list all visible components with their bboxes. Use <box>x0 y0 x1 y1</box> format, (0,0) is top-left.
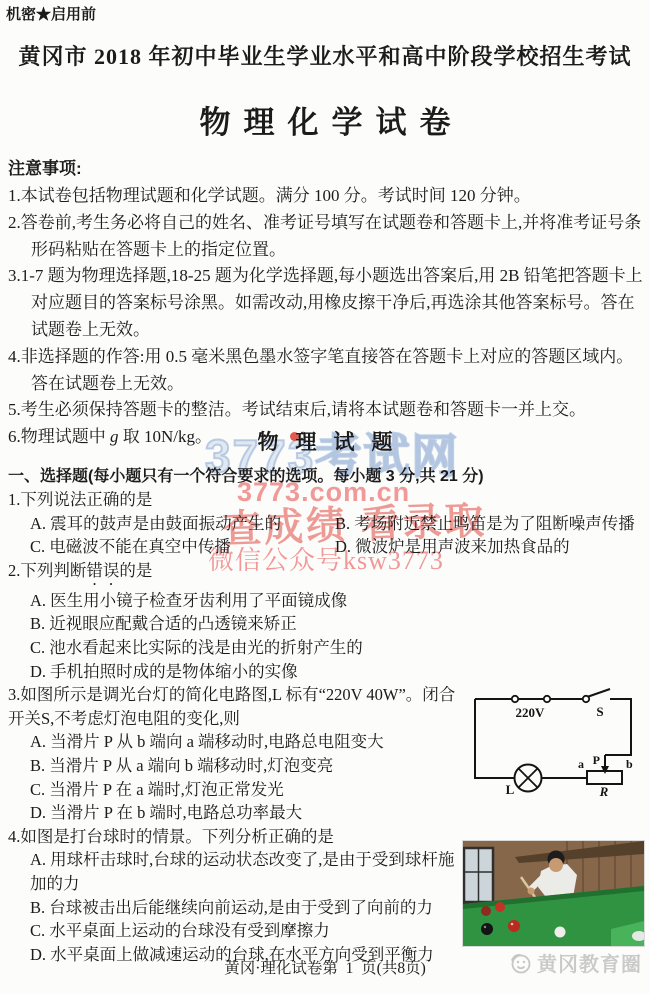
label-lamp-l: L <box>506 782 515 797</box>
exam-paper-page: 机密★启用前 黄冈市 2018 年初中毕业生学业水平和高中阶段学校招生考试 物理… <box>0 0 650 994</box>
notices-heading: 注意事项: <box>8 154 644 179</box>
notice-item-1: 1.本试卷包括物理试题和化学试题。满分 100 分。考试时间 120 分钟。 <box>8 183 644 210</box>
notice-item-2: 2.答卷前,考生务必将自己的姓名、准考证号填写在试题卷和答题卡上,并将准考证号条… <box>8 210 644 264</box>
exam-title: 黄冈市 2018 年初中毕业生学业水平和高中阶段学校招生考试 <box>0 40 650 71</box>
question-1-options-row-2: C. 电磁波不能在真空中传播 D. 微波炉是用声波来加热食品的 <box>8 535 645 559</box>
option-2a: A. 医生用小镜子检查牙齿利用了平面镜成像 <box>8 589 645 613</box>
brand-watermark-text: 黄冈教育圈 <box>537 948 642 977</box>
confidential-note: 机密★启用前 <box>6 3 96 24</box>
option-1a: A. 震耳的鼓声是由鼓面振动产生的 <box>30 512 335 536</box>
question-3: 220V S P a b L R 3.如图所示是调光台灯的简化电路图,L 标有“… <box>8 683 645 825</box>
option-2c: C. 池水看起来比实际的浅是由光的折射产生的 <box>8 636 645 660</box>
notice-item-3: 3.1-7 题为物理选择题,18-25 题为化学选择题,每小题选出答案后,用 2… <box>8 263 644 343</box>
question-1-stem: 1.下列说法正确的是 <box>8 488 645 512</box>
label-voltage: 220V <box>516 705 546 720</box>
label-end-a: a <box>578 757 584 771</box>
question-1: 1.下列说法正确的是 A. 震耳的鼓声是由鼓面振动产生的 B. 考场附近禁止鸣笛… <box>8 488 645 559</box>
option-3d: D. 当滑片 P 在 b 端时,电路总功率最大 <box>8 801 645 825</box>
mascot-icon <box>508 950 534 976</box>
option-1d: D. 微波炉是用声波来加热食品的 <box>335 535 570 559</box>
billiards-photo <box>462 840 645 947</box>
option-2b: B. 近视眼应配戴合适的凸透镜来矫正 <box>8 612 645 636</box>
question-4: 4.如图是打台球时的情景。下列分析正确的是 A. 用球杆击球时,台球的运动状态改… <box>8 825 645 967</box>
mc-instructions: 一、选择题(每小题只有一个符合要求的选项。每小题 3 分,共 21 分) <box>8 463 484 486</box>
question-1-options-row-1: A. 震耳的鼓声是由鼓面振动产生的 B. 考场附近禁止鸣笛是为了阻断噪声传播 <box>8 512 645 536</box>
brand-watermark: 黄冈教育圈 <box>508 948 642 977</box>
question-2: 2.下列判断错误的是 A. 医生用小镜子检查牙齿利用了平面镜成像 B. 近视眼应… <box>8 559 645 683</box>
label-switch: S <box>596 704 603 719</box>
question-2-stem-emphasis: 错误 <box>86 561 119 580</box>
question-2-stem-post: 的是 <box>119 561 152 580</box>
option-2d: D. 手机拍照时成的是物体缩小的实像 <box>8 660 645 684</box>
circuit-diagram-figure: 220V S P a b L R <box>473 685 645 799</box>
physics-section-title: 物理试题 <box>0 426 650 456</box>
option-1c: C. 电磁波不能在真空中传播 <box>30 535 335 559</box>
question-2-stem-pre: 2.下列判断 <box>8 561 86 580</box>
question-2-stem: 2.下列判断错误的是 <box>8 559 645 589</box>
label-slider-p: P <box>593 753 600 767</box>
notices-section: 注意事项: 1.本试卷包括物理试题和化学试题。满分 100 分。考试时间 120… <box>8 154 644 451</box>
option-1b: B. 考场附近禁止鸣笛是为了阻断噪声传播 <box>335 512 635 536</box>
label-resistor-r: R <box>599 784 609 799</box>
questions-area: 1.下列说法正确的是 A. 震耳的鼓声是由鼓面振动产生的 B. 考场附近禁止鸣笛… <box>8 488 645 966</box>
paper-title: 物理化学试卷 <box>0 97 650 142</box>
label-end-b: b <box>626 757 633 771</box>
notice-item-5: 5.考生必须保持答题卡的整洁。考试结束后,请将本试题卷和答题卡一并上交。 <box>8 397 644 424</box>
notice-item-4: 4.非选择题的作答:用 0.5 毫米黑色墨水签字笔直接答在答题卡上对应的答题区域… <box>8 344 644 398</box>
